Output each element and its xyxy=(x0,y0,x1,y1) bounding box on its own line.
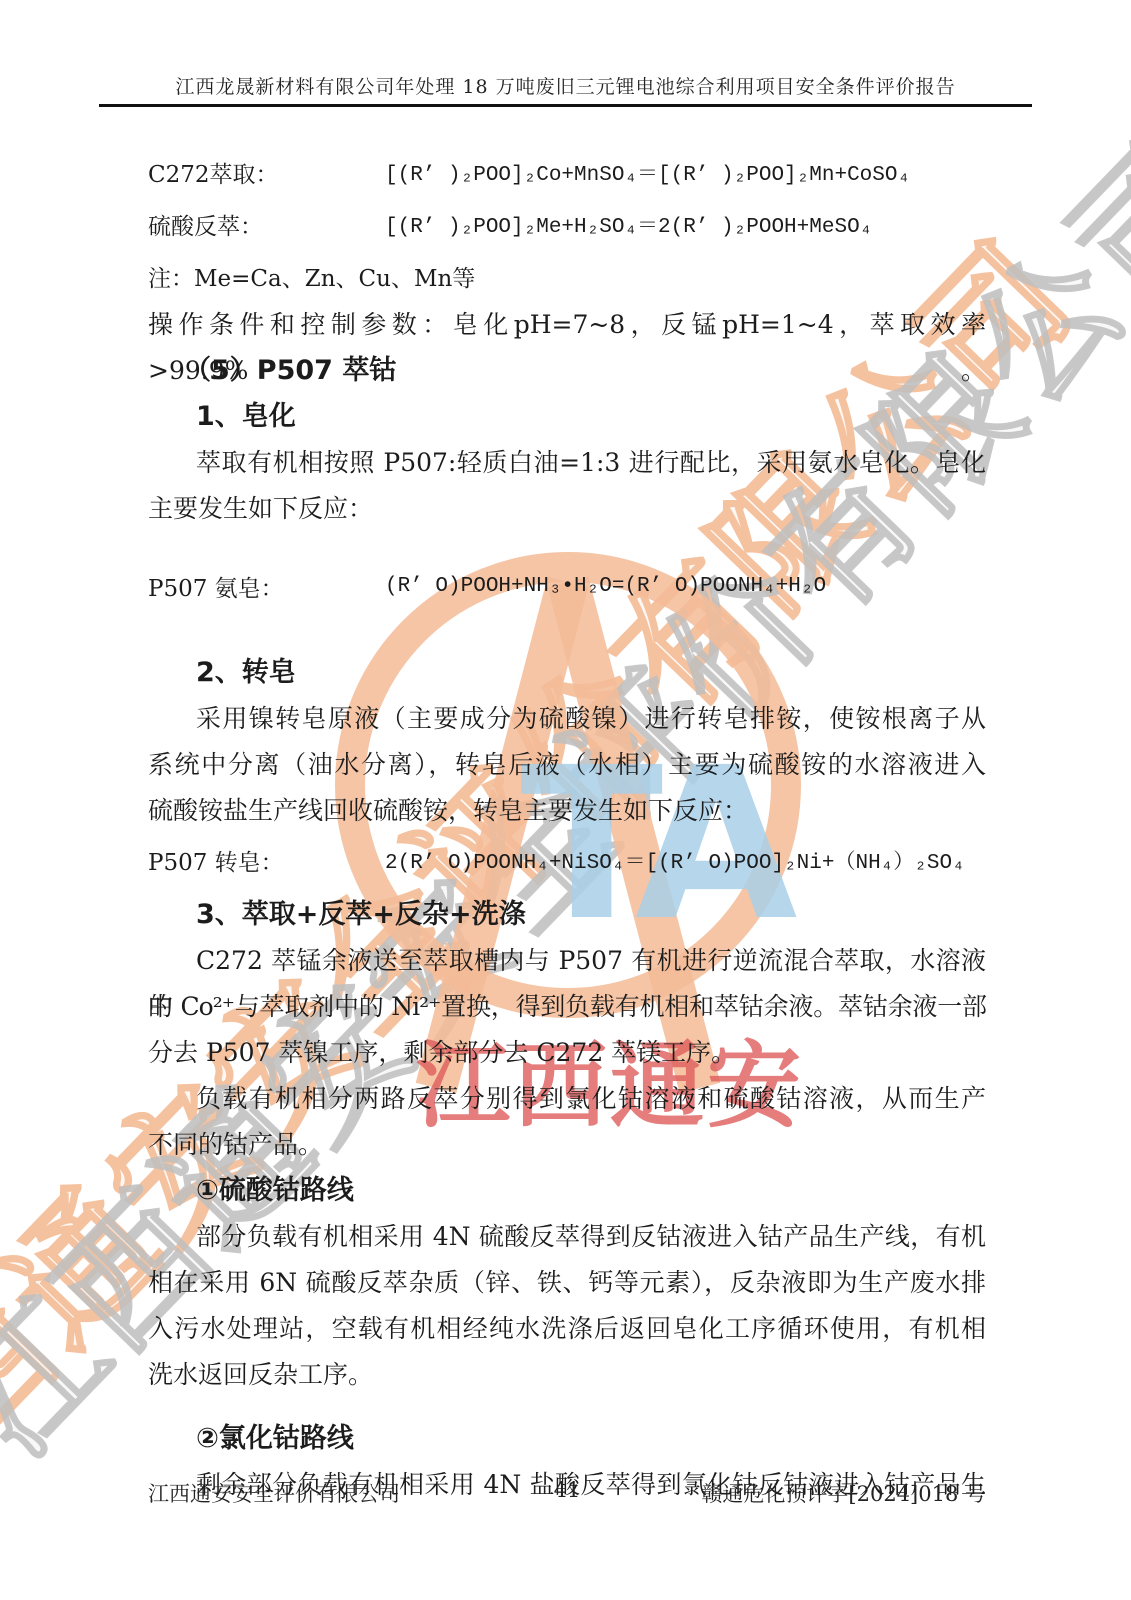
equation-label: 硫酸反萃： xyxy=(148,208,385,241)
route-heading-cobalt-sulfate: ①硫酸钴路线 xyxy=(148,1168,986,1214)
paragraph-line: 主要发生如下反应： xyxy=(148,486,986,532)
equation-row-p507-soap-conversion: P507 转皂： 2(R’ O)POONH₄+NiSO₄＝[(R’ O)POO]… xyxy=(148,834,986,886)
note-line: 注：Me=Ca、Zn、Cu、Mn等 xyxy=(148,256,986,302)
header-rule xyxy=(99,104,1032,107)
page-footer: 江西通安安全评价有限公司 41 赣通危化预评字[2024]018 号 xyxy=(148,1478,986,1508)
paragraph-line: 采用镍转皂原液（主要成分为硫酸镍）进行转皂排铵，使铵根离子从 xyxy=(148,696,986,742)
equation-formula: [(R’ )₂POO]₂Co+MnSO₄＝[(R’ )₂POO]₂Mn+CoSO… xyxy=(385,157,910,187)
paragraph-line: 相在采用 6N 硫酸反萃杂质（锌、铁、钙等元素），反杂液即为生产废水排 xyxy=(148,1260,986,1306)
route-heading-cobalt-chloride: ②氯化钴路线 xyxy=(148,1416,986,1462)
paragraph-line: 系统中分离（油水分离），转皂后液（水相）主要为硫酸铵的水溶液进入 xyxy=(148,742,986,788)
paragraph-line: 负载有机相分两路反萃分别得到氯化钴溶液和硫酸钴溶液，从而生产 xyxy=(148,1076,986,1122)
document-body: C272萃取： [(R’ )₂POO]₂Co+MnSO₄＝[(R’ )₂POO]… xyxy=(148,138,986,1508)
equation-label: C272萃取： xyxy=(148,156,385,189)
paragraph-line: 洗水返回反杂工序。 xyxy=(148,1352,986,1398)
footer-page-number: 41 xyxy=(148,1478,986,1502)
paragraph-line: C272 萃锰余液送至萃取槽内与 P507 有机进行逆流混合萃取，水溶液中 xyxy=(148,938,986,984)
equation-label: P507 转皂： xyxy=(148,844,385,877)
paragraph-line: 萃取有机相按照 P507:轻质白油=1:3 进行配比，采用氨水皂化。皂化 xyxy=(148,440,986,486)
page-header-title: 江西龙晟新材料有限公司年处理 18 万吨废旧三元锂电池综合利用项目安全条件评价报… xyxy=(0,72,1131,99)
operating-parameters-line: 操作条件和控制参数：皂化pH=7~8，反锰pH=1~4，萃取效率>99.9%。 xyxy=(148,302,986,348)
subsection-heading-1-saponification: 1、皂化 xyxy=(148,394,986,440)
paragraph-line: 硫酸铵盐生产线回收硫酸铵，转皂主要发生如下反应： xyxy=(148,788,986,834)
equation-formula: 2(R’ O)POONH₄+NiSO₄＝[(R’ O)POO]₂Ni+（NH₄）… xyxy=(385,845,965,875)
subsection-heading-3-extraction-stripping: 3、萃取+反萃+反杂+洗涤 xyxy=(148,892,986,938)
equation-row-p507-ammonia-soap: P507 氨皂： (R’ O)POOH+NH₃•H₂O=(R’ O)POONH₄… xyxy=(148,560,986,612)
paragraph-line: 不同的钴产品。 xyxy=(148,1122,986,1168)
subsection-heading-2-soap-conversion: 2、转皂 xyxy=(148,650,986,696)
paragraph-line: 分去 P507 萃镍工序，剩余部分去 C272 萃镁工序。 xyxy=(148,1030,986,1076)
equation-formula: (R’ O)POOH+NH₃•H₂O=(R’ O)POONH₄+H₂O xyxy=(385,575,826,598)
paragraph-line: 的 Co²⁺与萃取剂中的 Ni²⁺置换，得到负载有机相和萃钴余液。萃钴余液一部 xyxy=(148,984,986,1030)
equation-row-sulfuric-stripping: 硫酸反萃： [(R’ )₂POO]₂Me+H₂SO₄＝2(R’ )₂POOH+M… xyxy=(148,198,986,250)
document-page: 江西通安安全评价有限公司 江西通安安全评价有限公司 TA 江西通安 江西龙晟新材… xyxy=(0,0,1131,1600)
equation-label: P507 氨皂： xyxy=(148,570,385,603)
paragraph-line: 入污水处理站，空载有机相经纯水洗涤后返回皂化工序循环使用，有机相 xyxy=(148,1306,986,1352)
paragraph-line: 部分负载有机相采用 4N 硫酸反萃得到反钴液进入钴产品生产线，有机 xyxy=(148,1214,986,1260)
equation-formula: [(R’ )₂POO]₂Me+H₂SO₄＝2(R’ )₂POOH+MeSO₄ xyxy=(385,209,872,239)
equation-row-c272-extraction: C272萃取： [(R’ )₂POO]₂Co+MnSO₄＝[(R’ )₂POO]… xyxy=(148,146,986,198)
